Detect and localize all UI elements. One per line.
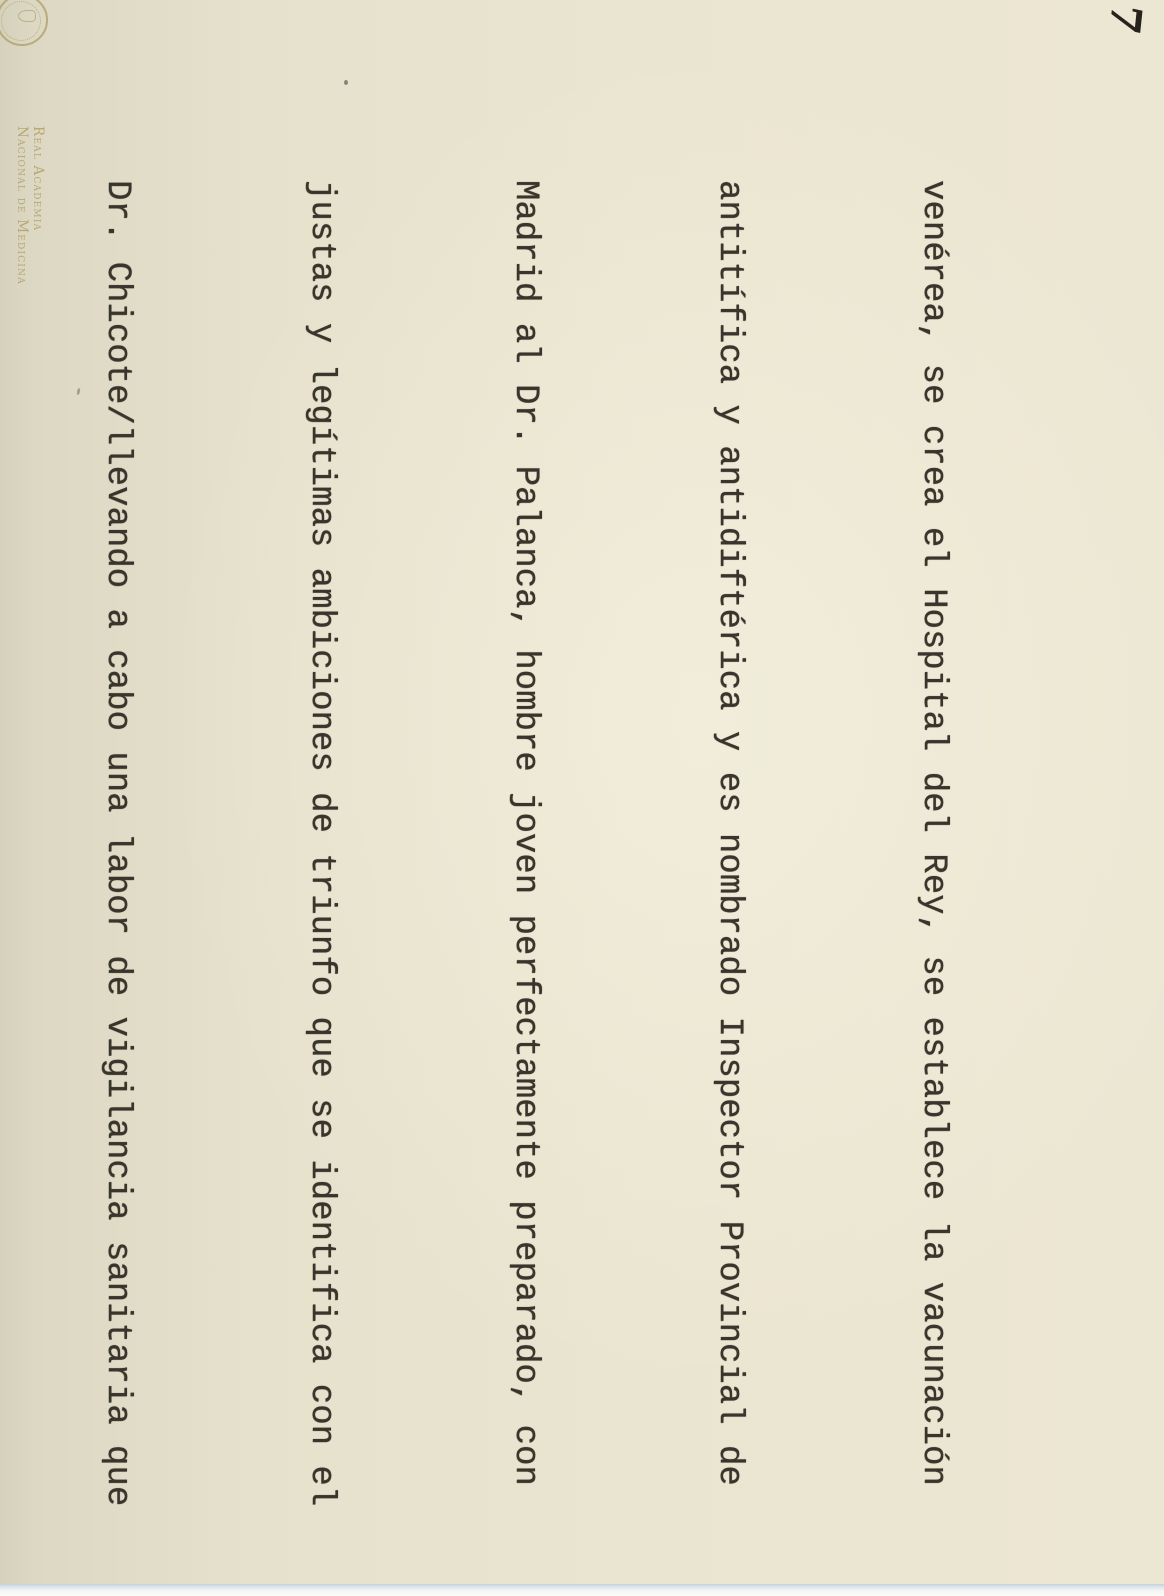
rotated-page-content: 7 venérea, se crea el Hospital del Rey, … <box>0 0 1164 1596</box>
typed-text-block: venérea, se crea el Hospital del Rey, se… <box>0 180 1103 1596</box>
watermark-line2: Nacional de Medicina <box>14 126 30 285</box>
watermark-line1: Real Academia <box>30 126 46 285</box>
typed-line: Madrid al Dr. Palanca, hombre joven perf… <box>491 180 559 1596</box>
typed-line: justas y legítimas ambiciones de triunfo… <box>287 180 355 1596</box>
library-watermark: Real Academia Nacional de Medicina <box>0 0 60 420</box>
watermark-text: Real Academia Nacional de Medicina <box>14 126 46 285</box>
typed-line: antitífica y antidiftérica y es nombrado… <box>695 180 763 1596</box>
scan-edge-strip <box>0 1584 1164 1596</box>
seal-inner-ring <box>1 1 41 41</box>
academy-seal-icon <box>0 0 48 46</box>
typed-line: venérea, se crea el Hospital del Rey, se… <box>899 180 967 1596</box>
page-number: 7 <box>1100 0 1151 38</box>
ink-speck <box>344 80 348 85</box>
seal-shield <box>18 10 36 22</box>
scanned-document-page: 7 venérea, se crea el Hospital del Rey, … <box>0 0 1164 1596</box>
typed-line: Dr. Chicote/llevando a cabo una labor de… <box>83 180 151 1596</box>
